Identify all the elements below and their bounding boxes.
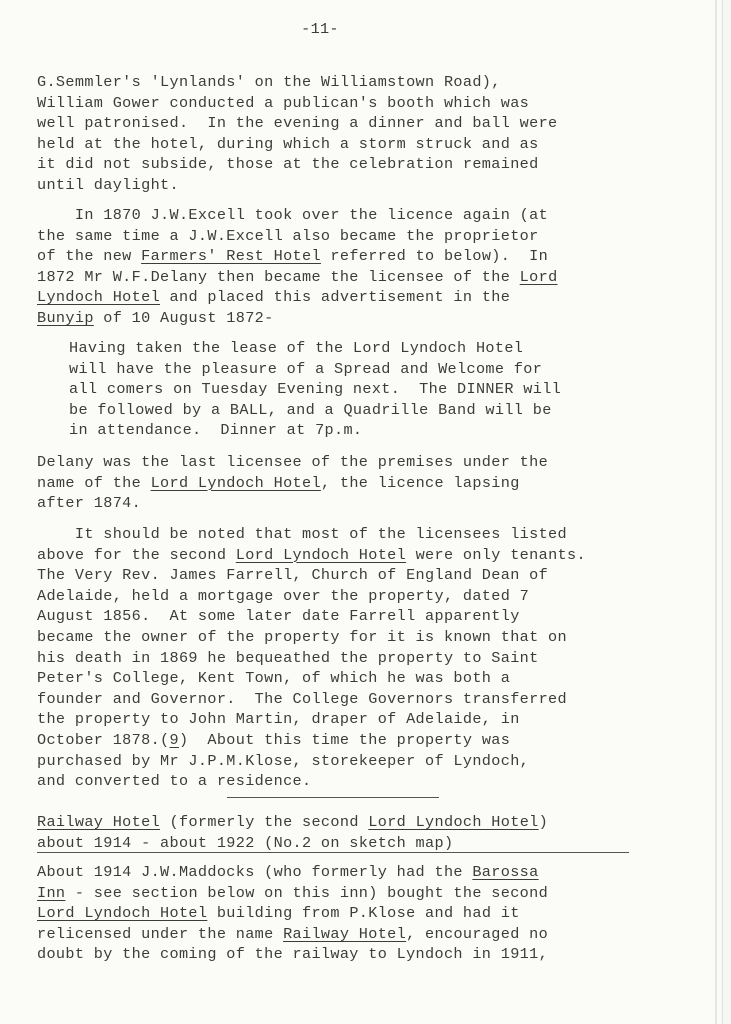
- text-line: It should be noted that most of the lice…: [37, 524, 567, 544]
- section-divider: [227, 797, 439, 798]
- heading-underline: [37, 852, 629, 853]
- text-line: G.Semmler's 'Lynlands' on the Williamsto…: [37, 72, 501, 92]
- text-line: In 1870 J.W.Excell took over the licence…: [37, 205, 548, 225]
- text-line: all comers on Tuesday Evening next. The …: [69, 379, 561, 399]
- text-line: Peter's College, Kent Town, of which he …: [37, 668, 510, 688]
- text-line: the property to John Martin, draper of A…: [37, 709, 520, 729]
- text-line: Lord Lyndoch Hotel building from P.Klose…: [37, 903, 520, 923]
- document-page: -11- G.Semmler's 'Lynlands' on the Willi…: [0, 0, 721, 1024]
- text-line: held at the hotel, during which a storm …: [37, 134, 539, 154]
- text-line: Delany was the last licensee of the prem…: [37, 452, 548, 472]
- text-line: The Very Rev. James Farrell, Church of E…: [37, 565, 548, 585]
- text-line: well patronised. In the evening a dinner…: [37, 113, 558, 133]
- text-line: be followed by a BALL, and a Quadrille B…: [69, 400, 552, 420]
- text-line: will have the pleasure of a Spread and W…: [69, 359, 542, 379]
- text-line: 1872 Mr W.F.Delany then became the licen…: [37, 267, 558, 287]
- text-line: Lyndoch Hotel and placed this advertisem…: [37, 287, 510, 307]
- text-line: until daylight.: [37, 175, 179, 195]
- text-line: doubt by the coming of the railway to Ly…: [37, 944, 548, 964]
- text-line: William Gower conducted a publican's boo…: [37, 93, 529, 113]
- section-heading-line: about 1914 - about 1922 (No.2 on sketch …: [37, 833, 453, 853]
- text-line: in attendance. Dinner at 7p.m.: [69, 420, 362, 440]
- text-line: and converted to a residence.: [37, 771, 311, 791]
- text-line: August 1856. At some later date Farrell …: [37, 606, 520, 626]
- text-line: founder and Governor. The College Govern…: [37, 689, 567, 709]
- text-line: above for the second Lord Lyndoch Hotel …: [37, 545, 586, 565]
- text-line: October 1878.(9) About this time the pro…: [37, 730, 510, 750]
- text-line: About 1914 J.W.Maddocks (who formerly ha…: [37, 862, 539, 882]
- text-line: the same time a J.W.Excell also became t…: [37, 226, 539, 246]
- text-line: relicensed under the name Railway Hotel,…: [37, 924, 548, 944]
- text-line: Adelaide, held a mortgage over the prope…: [37, 586, 529, 606]
- page-number: -11-: [0, 20, 640, 38]
- text-line: of the new Farmers' Rest Hotel referred …: [37, 246, 548, 266]
- text-line: purchased by Mr J.P.M.Klose, storekeeper…: [37, 751, 529, 771]
- text-line: it did not subside, those at the celebra…: [37, 154, 539, 174]
- text-line: became the owner of the property for it …: [37, 627, 567, 647]
- text-line: name of the Lord Lyndoch Hotel, the lice…: [37, 473, 520, 493]
- page-edge: [722, 0, 723, 1024]
- text-line: his death in 1869 he bequeathed the prop…: [37, 648, 539, 668]
- text-line: after 1874.: [37, 493, 141, 513]
- text-line: Bunyip of 10 August 1872-: [37, 308, 274, 328]
- section-heading-line: Railway Hotel (formerly the second Lord …: [37, 812, 548, 832]
- text-line: Having taken the lease of the Lord Lyndo…: [69, 338, 523, 358]
- text-line: Inn - see section below on this inn) bou…: [37, 883, 548, 903]
- page-edge: [715, 0, 717, 1024]
